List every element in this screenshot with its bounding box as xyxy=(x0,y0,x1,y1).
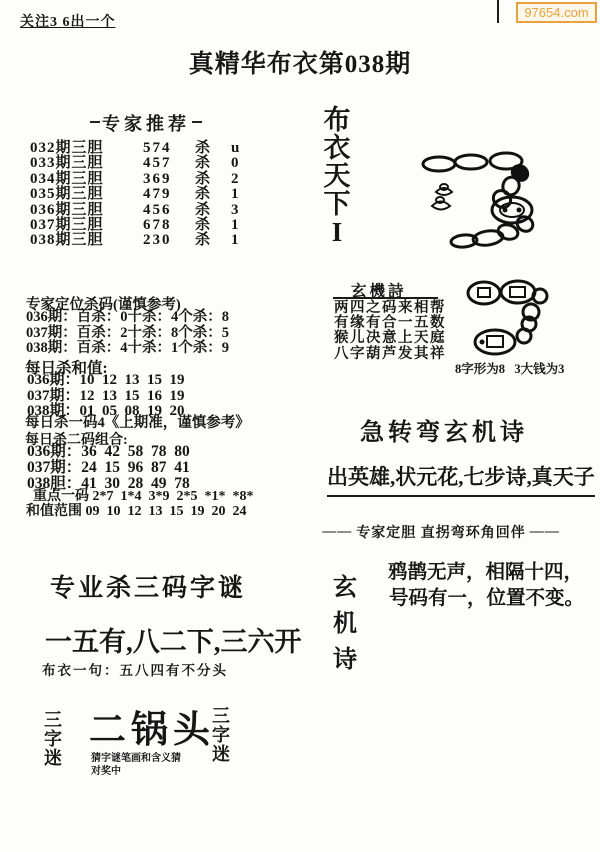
sum-row: 036期：10 12 13 15 19 xyxy=(27,373,185,389)
coin-caption: 8字形为8 3大钱为3 xyxy=(455,359,564,377)
banner-char: 天 xyxy=(324,162,351,190)
table-row: 036期三胆 456 杀 3 xyxy=(30,203,251,218)
kill-label-cell: 杀 xyxy=(195,156,231,171)
kill-value-cell: u xyxy=(231,141,251,156)
issue-cell: 033期三胆 xyxy=(30,156,143,171)
banner-char: 布 xyxy=(324,106,351,134)
issue-cell: 035期三胆 xyxy=(30,187,143,202)
mystery-poem-line: 鸦鹊无声，相隔十四， xyxy=(388,556,583,584)
poem-line: 八字葫芦发其祥 xyxy=(334,347,446,362)
kill-value-cell: 1 xyxy=(231,187,251,202)
bead-drawing xyxy=(408,146,600,251)
issue-cell: 036期三胆 xyxy=(30,203,143,218)
table-row: 033期三胆 457 杀 0 xyxy=(30,156,251,171)
title-char: 机 xyxy=(333,606,357,642)
banner-char: 衣 xyxy=(324,134,351,162)
three-word-label-left: 三 字 迷 xyxy=(42,711,64,768)
sum-row: 037期：12 13 15 16 19 xyxy=(27,389,185,405)
value-cell: 574 xyxy=(143,141,195,156)
label-char: 迷 xyxy=(212,745,230,764)
kill-row: 036期：百杀：0十杀：4个杀：8 xyxy=(26,310,229,326)
page-title: 真精华布衣第038期 xyxy=(0,44,600,80)
kill-three-riddle: 一五有,八二下,三六开 xyxy=(45,620,302,659)
value-cell: 678 xyxy=(143,218,195,233)
issue-cell: 034期三胆 xyxy=(30,172,143,187)
focus-note: 关注3 6出一个 xyxy=(20,11,116,31)
dash-decoration: —— xyxy=(322,524,352,540)
title-char: 诗 xyxy=(333,642,357,678)
banner-char: 下 xyxy=(324,190,351,218)
table-row: 034期三胆 369 杀 2 xyxy=(30,172,251,187)
kill-three-title: 专业杀三码字谜 xyxy=(50,568,246,604)
banner-text: 专家定胆 直拐弯环角回伴 xyxy=(356,522,526,542)
banner-char: I xyxy=(332,218,343,246)
position-kill-rows: 036期：百杀：0十杀：4个杀：8 037期：百杀：2十杀：8个杀：5 038期… xyxy=(26,310,229,357)
poem-line: 两四之码来相帮 xyxy=(334,301,446,316)
value-cell: 457 xyxy=(143,156,195,171)
riddle-note: 猜字谜笔画和含义猜 对奖中 xyxy=(91,752,181,778)
kill-value-cell: 1 xyxy=(231,218,251,233)
combo-row: 037期：24 15 96 87 41 xyxy=(27,460,190,476)
note-line: 对奖中 xyxy=(91,765,181,778)
three-word-answer: 二锅头 xyxy=(89,699,215,753)
label-char: 字 xyxy=(212,726,230,745)
kill-row: 038期：百杀：4十杀：1个杀：9 xyxy=(26,341,229,357)
kill-value-cell: 0 xyxy=(231,156,251,171)
mystery-poem-title: 玄 机 诗 xyxy=(331,570,359,678)
note-line: 猜字谜笔画和含义猜 xyxy=(91,752,181,765)
value-cell: 479 xyxy=(143,187,195,202)
title-underline xyxy=(333,297,438,299)
kill-label-cell: 杀 xyxy=(195,187,231,202)
site-watermark-badge: 97654.com xyxy=(516,2,597,23)
poem-line: 猴儿决意上天庭 xyxy=(334,331,446,346)
dash-decoration: —— xyxy=(530,524,560,540)
coin-drawing xyxy=(460,274,600,359)
label-char: 迷 xyxy=(44,749,62,768)
combo-row: 036期：36 42 58 78 80 xyxy=(27,444,190,460)
sharp-turn-line: 出英雄,状元花,七步诗,真天子 xyxy=(327,461,595,497)
kill-label-cell: 杀 xyxy=(195,203,231,218)
expert-recommend-table: 032期三胆 574 杀 u 033期三胆 457 杀 0 034期三胆 369… xyxy=(30,141,251,249)
lottery-tip-sheet: 关注3 6出一个 97654.com 真精华布衣第038期 专家推荐 032期三… xyxy=(0,0,600,852)
label-char: 字 xyxy=(44,730,62,749)
kill-label-cell: 杀 xyxy=(195,172,231,187)
kill-label-cell: 杀 xyxy=(195,233,231,248)
title-char: 玄 xyxy=(333,570,357,606)
three-word-label-right: 三 字 迷 xyxy=(210,707,232,764)
mystery-poem-line: 号码有一，位置不变。 xyxy=(389,582,584,610)
kill-value-cell: 1 xyxy=(231,233,251,248)
kill-value-cell: 3 xyxy=(231,203,251,218)
value-cell: 369 xyxy=(143,172,195,187)
label-char: 三 xyxy=(44,711,62,730)
sum-range-line: 和值范围 09 10 12 13 15 19 20 24 xyxy=(26,500,247,520)
expert-recommend-title: 专家推荐 xyxy=(88,110,204,136)
buyi-tianxia-banner: 布 衣 天 下 I xyxy=(322,106,352,246)
buyi-sentence: 布衣一句：五八四有不分头 xyxy=(42,659,228,679)
issue-cell: 038期三胆 xyxy=(30,233,143,248)
value-cell: 456 xyxy=(143,203,195,218)
table-row: 035期三胆 479 杀 1 xyxy=(30,187,251,202)
xuanji-poem-lines: 两四之码来相帮 有缘有合一五数 猴儿决意上天庭 八字葫芦发其祥 xyxy=(334,301,446,362)
kill-value-cell: 2 xyxy=(231,172,251,187)
header-divider xyxy=(497,0,499,23)
sharp-turn-title: 急转弯玄机诗 xyxy=(360,412,528,447)
value-cell: 230 xyxy=(143,233,195,248)
kill-row: 037期：百杀：2十杀：8个杀：5 xyxy=(26,326,229,342)
table-row: 038期三胆 230 杀 1 xyxy=(30,233,251,248)
label-char: 三 xyxy=(212,707,230,726)
expert-fix-banner: —— 专家定胆 直拐弯环角回伴 —— xyxy=(322,522,560,542)
